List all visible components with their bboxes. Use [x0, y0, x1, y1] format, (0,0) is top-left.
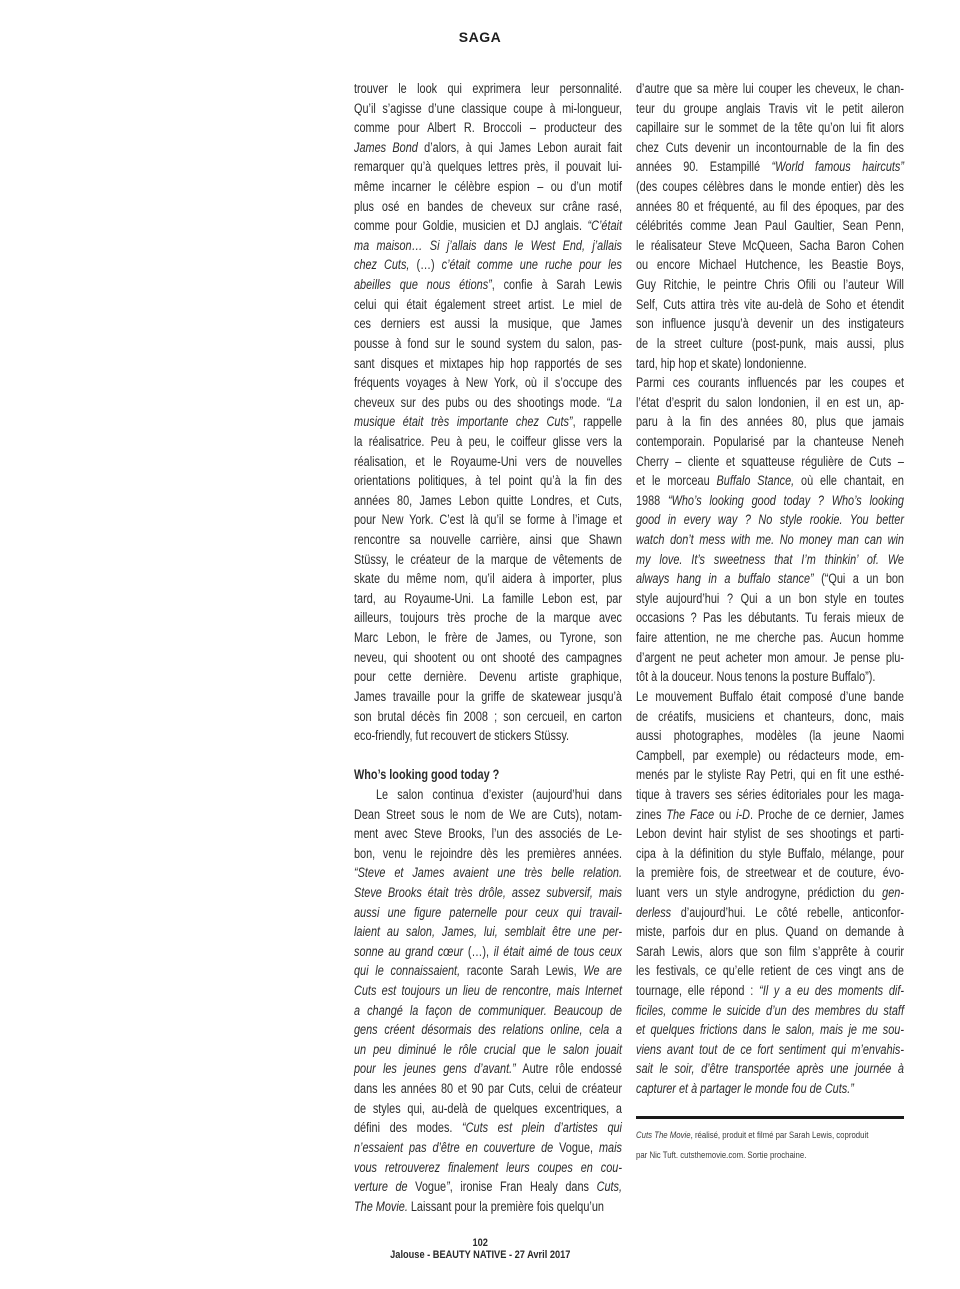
text-line: ma maison… Si j’allais dans le West End,… — [354, 236, 622, 256]
text-line: tard, au Royaume-Uni. La famille Lebon e… — [354, 589, 622, 609]
text-line: bon, venu le rejoindre dès les premières… — [354, 844, 622, 864]
text-line: gens créent désormais des relations onli… — [354, 1020, 622, 1040]
text-line: Stüssy, le créateur de la marque de vête… — [354, 550, 622, 570]
text-line: pour cette dernière. Devenu artiste grap… — [354, 667, 622, 687]
text-line: d’autre que sa mère lui couper les cheve… — [636, 79, 904, 99]
text-line: occasions ? Pas les débutants. Tu ferais… — [636, 608, 904, 628]
text-line: eco-friendly, fut recouvert de stickers … — [354, 726, 622, 746]
body-text-part1: trouver le look qui exprimera leur perso… — [354, 79, 622, 746]
page-number: 102 — [0, 1237, 960, 1249]
subheading: Who’s looking good today ? — [354, 765, 622, 785]
text-line: Qu’il s’agisse d’une classique coupe à m… — [354, 99, 622, 119]
text-line: a changé la façon de communiquer. Beauco… — [354, 1001, 622, 1021]
credits-caption-line2: par Nic Tuft. cutsthemovie.com. Sortie p… — [636, 1150, 936, 1161]
text-line: miste, parfois dur en plus. Quand on dem… — [636, 922, 904, 942]
text-line: chez Cuts devenir un incontournable de l… — [636, 138, 904, 158]
text-line: Self, Cuts attira très vite au-delà de S… — [636, 295, 904, 315]
text-line: tournage, elle répond : “Il y a eu des m… — [636, 981, 904, 1001]
text-line: années 90. Estampillé “World famous hair… — [636, 157, 904, 177]
text-line: faire attention, ne me cherche pas. Aucu… — [636, 628, 904, 648]
text-line: sonne au grand cœur (…), il était aimé d… — [354, 942, 622, 962]
text-line: comme pour Albert R. Broccoli – producte… — [354, 118, 622, 138]
text-line: plus osé en bandes de cheveux sur crâne … — [354, 197, 622, 217]
text-line: sant disques et mixtapes hip hop rapport… — [354, 354, 622, 374]
text-line: Steve Brooks était très drôle, assez sub… — [354, 883, 622, 903]
text-line: capturer et à partager le monde fou de C… — [636, 1079, 904, 1099]
text-line: comme pour Goldie, musicien et DJ anglai… — [354, 216, 622, 236]
text-line: la première fois, de streetwear et de co… — [636, 863, 904, 883]
text-line: my love. It’s sweetness that I’m thinkin… — [636, 550, 904, 570]
text-line: 1988 “Who’s looking good today ? Who’s l… — [636, 491, 904, 511]
body-text-part2: Le salon continua d’exister (aujourd’hui… — [354, 785, 622, 1216]
text-line: remarquer qu’à quelques lettres près, il… — [354, 157, 622, 177]
text-line: contemporain. Popularisé par la chanteus… — [636, 432, 904, 452]
text-line: Sarah Lewis, alors que son film s’apprêt… — [636, 942, 904, 962]
spacer — [354, 746, 622, 766]
text-line: dans les années 80 et 90 par Cuts, celui… — [354, 1079, 622, 1099]
text-line: luant vers un style androgyne, prédictio… — [636, 883, 904, 903]
text-line: tôt à la douceur. Nous tenons la posture… — [636, 667, 904, 687]
text-line: (des coupes célèbres dans le monde entie… — [636, 177, 904, 197]
text-line: capillaire sur le sommet de la tête qu’o… — [636, 118, 904, 138]
text-line: Dean Street sous le nom de We are Cuts),… — [354, 805, 622, 825]
text-line: ailleurs, toujours très proche de la mar… — [354, 608, 622, 628]
text-line: ou encore Michael Hutchence, les Beastie… — [636, 255, 904, 275]
text-line: la réalisatrice. Peu à peu, le coiffeur … — [354, 432, 622, 452]
text-line: les festivals, ce qu’elle retient de ces… — [636, 961, 904, 981]
text-line: ment avec Steve Brooks, l’un des associé… — [354, 824, 622, 844]
text-line: réalisation, et le Royaume-Uni vers de n… — [354, 452, 622, 472]
text-line: teur du groupe anglais Travis vit le pet… — [636, 99, 904, 119]
text-line: l’état d’esprit du salon londonien, il e… — [636, 393, 904, 413]
text-line: même incarner le célèbre espion – ou d’u… — [354, 177, 622, 197]
text-line: Campbell, par exemple) ou rédacteurs mod… — [636, 746, 904, 766]
text-line: pousse à fond sur le sound system du sal… — [354, 334, 622, 354]
text-line: de styles qui, au-delà de quelques excen… — [354, 1099, 622, 1119]
text-line: son influence jusqu’à devenir un des ins… — [636, 314, 904, 334]
text-line: et quelques frictions dans le salon, mai… — [636, 1020, 904, 1040]
text-line: Parmi ces courants influencés par les co… — [636, 373, 904, 393]
text-line: n’essaient pas d’être en couverture de V… — [354, 1138, 622, 1158]
text-line: skate du même nom, qu’il aidera à import… — [354, 569, 622, 589]
text-line: Cherry – cliente et squatteuse régulière… — [636, 452, 904, 472]
text-line: pour New York. C’est là qu’il se forme à… — [354, 510, 622, 530]
text-line: menés par le styliste Ray Petri, qui en … — [636, 765, 904, 785]
text-line: viens avant tout de ce fort sentiment qu… — [636, 1040, 904, 1060]
text-line: ces derniers est aussi la musique, que J… — [354, 314, 622, 334]
text-line: derless d’aujourd’hui. Le côté rebelle, … — [636, 903, 904, 923]
text-line: Le mouvement Buffalo était composé d’une… — [636, 687, 904, 707]
text-line: Marc Lebon, le frère de James, ou Tyrone… — [354, 628, 622, 648]
text-line: qui le connaissaient, raconte Sarah Lewi… — [354, 961, 622, 981]
text-line: de créatifs, musiciens et chanteurs, don… — [636, 707, 904, 727]
text-line: un peu diminué le rôle crucial que le sa… — [354, 1040, 622, 1060]
text-line: Lebon devint hair stylist de ses shootin… — [636, 824, 904, 844]
text-line: verture de Vogue”, ironise Fran Healy da… — [354, 1177, 622, 1197]
right-column: d’autre que sa mère lui couper les cheve… — [636, 79, 904, 1099]
text-line: laient au salon, James, lui, semblait êt… — [354, 922, 622, 942]
section-label: SAGA — [0, 29, 960, 45]
text-line: abeilles que nous étions”, confie à Sara… — [354, 275, 622, 295]
publication-line: Jalouse - BEAUTY NATIVE - 27 Avril 2017 — [0, 1249, 960, 1261]
text-line: James Bond d’alors, à qui James Lebon au… — [354, 138, 622, 158]
left-column: trouver le look qui exprimera leur perso… — [354, 79, 622, 1216]
text-line: pour les jeunes gens d’avant.” Autre rôl… — [354, 1059, 622, 1079]
text-line: celui qui était également street artist.… — [354, 295, 622, 315]
text-line: musique était très importante chez Cuts”… — [354, 412, 622, 432]
text-line: et le morceau Buffalo Stance, où elle ch… — [636, 471, 904, 491]
text-line: neveu, qui shootent ou ont shooté des ca… — [354, 648, 622, 668]
text-line: trouver le look qui exprimera leur perso… — [354, 79, 622, 99]
divider-rule — [636, 1116, 904, 1119]
text-line: Le salon continua d’exister (aujourd’hui… — [354, 785, 622, 805]
text-line: sait le soir, d’être transportée après u… — [636, 1059, 904, 1079]
text-line: tique à travers ses séries éditoriales p… — [636, 785, 904, 805]
text-line: défini des modes. “Cuts est plein d’arti… — [354, 1118, 622, 1138]
credits-caption-line1: Cuts The Movie, réalisé, produit et film… — [636, 1130, 936, 1141]
text-line: années 80 et fréquenté, au fil des époqu… — [636, 197, 904, 217]
text-line: Cuts est toujours un lieu de rencontre, … — [354, 981, 622, 1001]
text-line: paru à la fin des années 80, plus que ja… — [636, 412, 904, 432]
text-line: aussi photographes, modèles (la jeune Na… — [636, 726, 904, 746]
text-line: cipa à la définition du style Buffalo, m… — [636, 844, 904, 864]
text-line: always hang in a buffalo stance” (“Qui a… — [636, 569, 904, 589]
text-line: chez Cuts, (…) c’était comme une ruche p… — [354, 255, 622, 275]
text-line: The Movie. Laissant pour la première foi… — [354, 1197, 622, 1217]
text-line: célébrités comme Jean Paul Gaultier, Sea… — [636, 216, 904, 236]
text-line: le réalisateur Steve McQueen, Sacha Baro… — [636, 236, 904, 256]
text-line: fréquents voyages à New York, où il s’oc… — [354, 373, 622, 393]
text-line: orientations politiques, à tel point qu’… — [354, 471, 622, 491]
text-line: zines The Face ou i-D. Proche de ce dern… — [636, 805, 904, 825]
text-line: vous retrouverez finalement leurs coupes… — [354, 1158, 622, 1178]
text-line: James travaille pour la griffe de skatew… — [354, 687, 622, 707]
text-line: Guy Ritchie, le peintre Chris Ofili ou l… — [636, 275, 904, 295]
text-line: watch don’t mess with me. No money man c… — [636, 530, 904, 550]
text-line: aussi une figure paternelle pour ceux qu… — [354, 903, 622, 923]
body-text-right: d’autre que sa mère lui couper les cheve… — [636, 79, 904, 1099]
text-line: de la street culture (post-punk, mais au… — [636, 334, 904, 354]
text-line: années 80, James Lebon quitte Londres, e… — [354, 491, 622, 511]
text-line: cheveux sur des pubs ou des shootings mo… — [354, 393, 622, 413]
text-line: style aujourd’hui ? Qui a un bon style e… — [636, 589, 904, 609]
text-line: good in every way ? No style rookie. You… — [636, 510, 904, 530]
text-line: tard, hip hop et skate) londonienne. — [636, 354, 904, 374]
text-line: son brutal décès fin 2008 ; son cercueil… — [354, 707, 622, 727]
text-line: “Steve et James avaient une très belle r… — [354, 863, 622, 883]
text-line: rencontre sa nouvelle carrière, ainsi qu… — [354, 530, 622, 550]
text-line: ficiles, comme le suicide d’un des membr… — [636, 1001, 904, 1021]
text-line: d’argent ne peut acheter mon amour. Je p… — [636, 648, 904, 668]
